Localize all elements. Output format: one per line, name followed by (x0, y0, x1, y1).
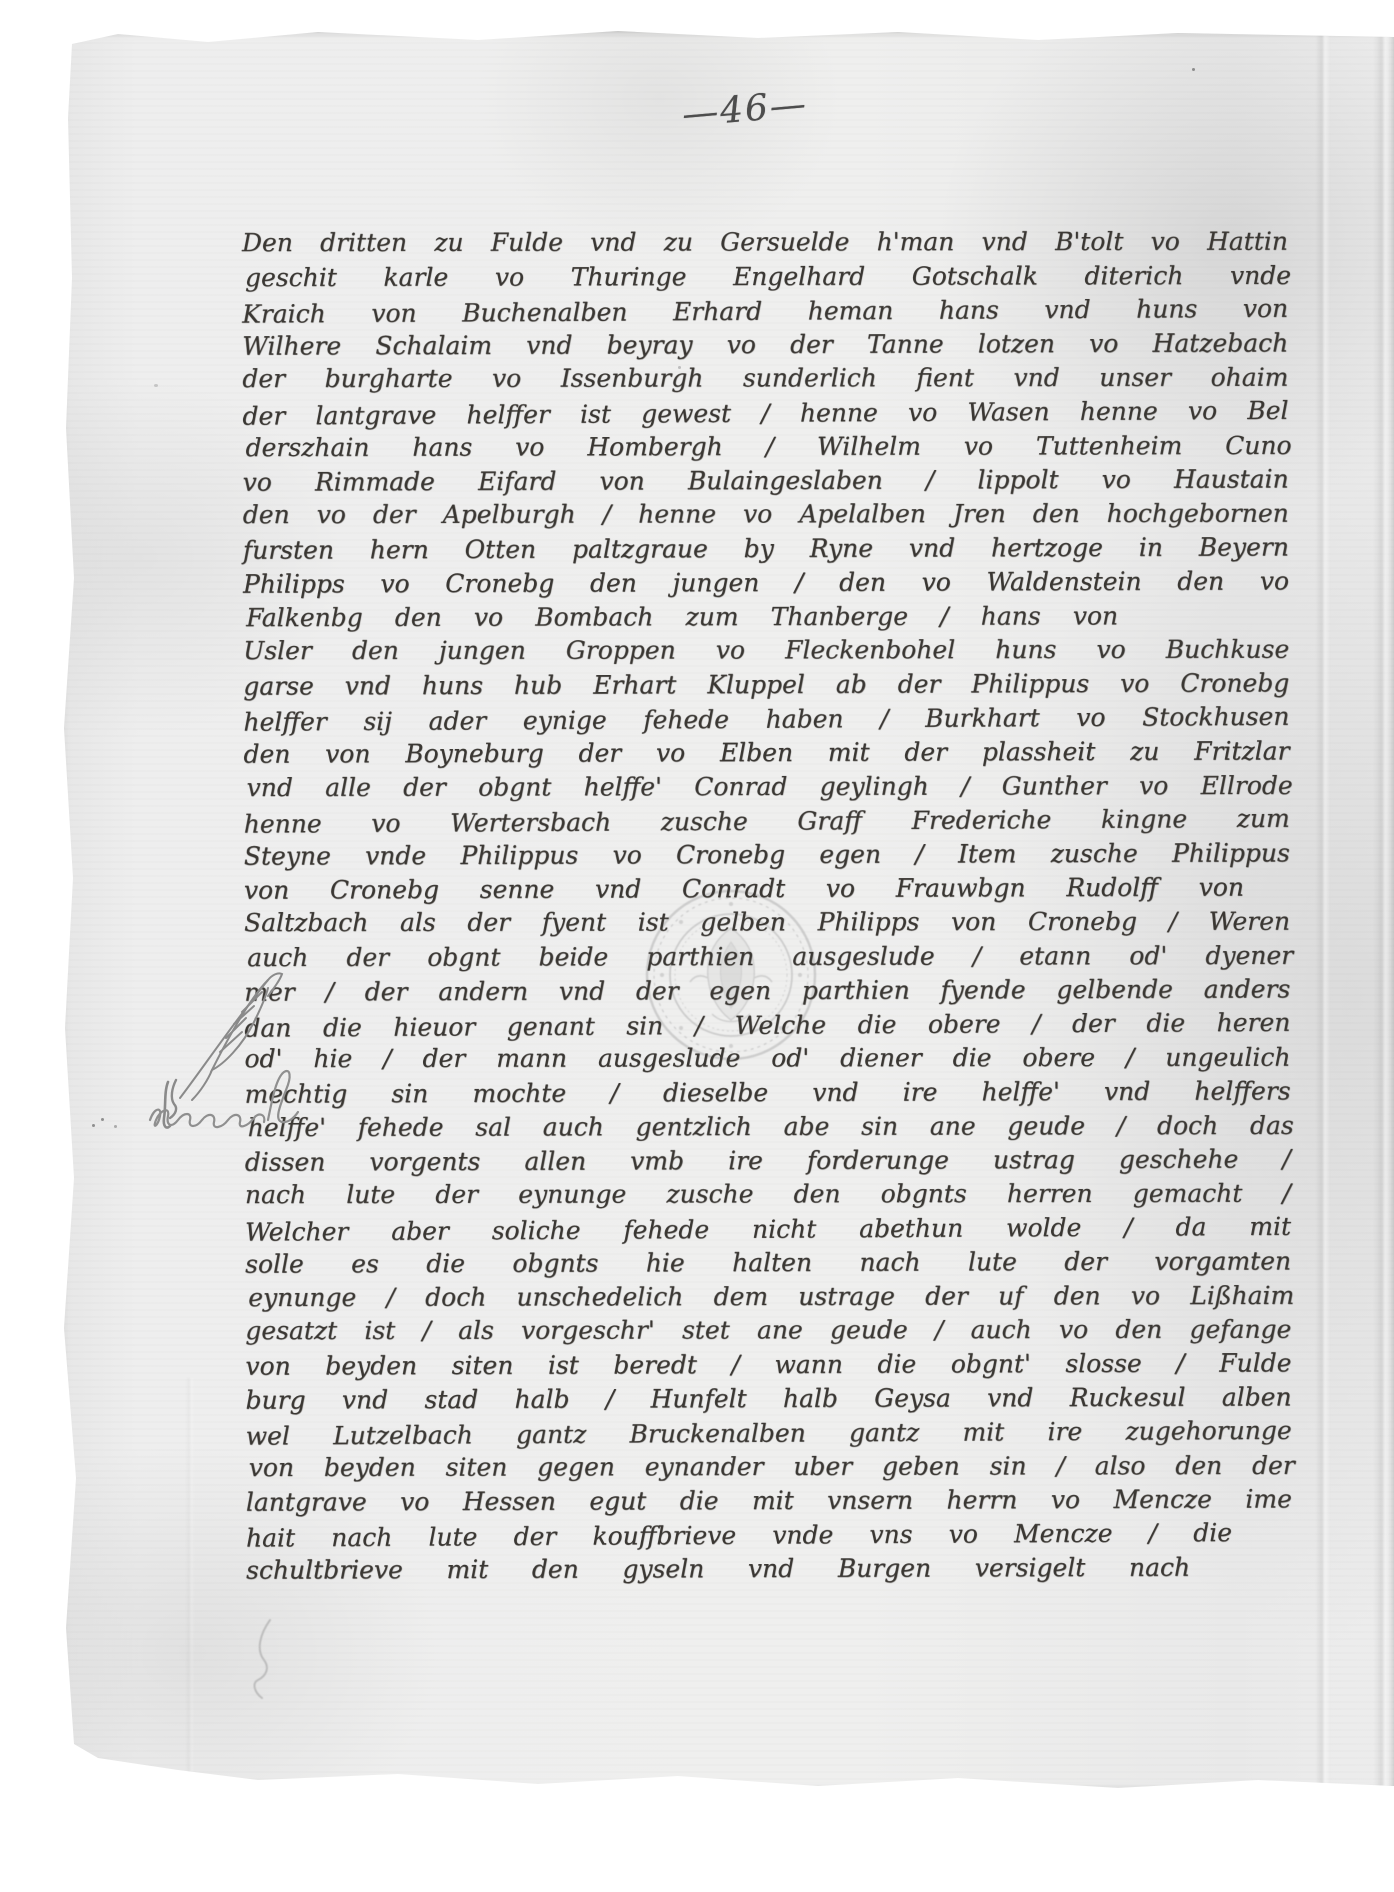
manuscript-line: vnd alle der obgnt helffe' Conrad geylin… (247, 769, 1293, 805)
manuscript-line: den von Boyneburg der vo Elben mit der p… (243, 734, 1289, 771)
manuscript-line: garse vnd huns hub Erhart Kluppel ab der… (243, 666, 1289, 703)
manuscript-line: von beyden siten gegen eynander uber geb… (249, 1449, 1295, 1485)
page-number: —46— (679, 84, 812, 135)
paper-curl-mark (240, 1616, 290, 1706)
manuscript-line: der lantgrave helffer ist gewest / henne… (242, 394, 1288, 434)
manuscript-line: mer / der andern vnd der egen parthien f… (244, 972, 1290, 1009)
fold-crease (1316, 28, 1330, 1794)
manuscript-line: geschit karle vo Thuringe Engelhard Gots… (245, 259, 1291, 295)
manuscript-line: hait nach lute der kouffbrieve vnde vns … (246, 1516, 1232, 1556)
fold-crease (186, 1378, 194, 1798)
manuscript-line: Falkenbg den vo Bombach zum Thanberge / … (246, 599, 1118, 635)
manuscript-text: Den dritten zu Fulde vnd zu Gersuelde h'… (242, 224, 1294, 1587)
manuscript-line: helffer sij ader eynige fehede haben / B… (243, 700, 1289, 740)
manuscript-line: vo Rimmade Eifard von Bulaingeslaben / l… (243, 462, 1289, 499)
manuscript-line: der burgharte vo Issenburgh sunderlich f… (242, 361, 1288, 396)
manuscript-line: gesatzt ist / als vorgeschr' stet ane ge… (245, 1313, 1291, 1348)
manuscript-line: schultbrieve mit den gyseln vnd Burgen v… (246, 1551, 1190, 1588)
manuscript-line: eynunge / doch unschedelich dem ustrage … (248, 1279, 1294, 1315)
manuscript-line: von beyden siten ist beredt / wann die o… (245, 1346, 1291, 1383)
margin-dots (92, 1116, 122, 1130)
fold-crease (1374, 28, 1392, 1794)
paper-speck (154, 384, 158, 387)
manuscript-line: helffe' fehede sal auch gentzlich abe si… (248, 1109, 1294, 1145)
manuscript-line: auch der obgnt beide parthien ausgeslude… (247, 939, 1293, 975)
manuscript-line: Usler den jungen Groppen vo Fleckenbohel… (243, 633, 1289, 668)
manuscript-line: derszhain hans vo Hombergh / Wilhelm vo … (246, 429, 1292, 465)
scan-background: —46— Den dritten zu Fuld (0, 0, 1394, 1892)
manuscript-line: Philipps vo Cronebg den jungen / den vo … (243, 564, 1289, 601)
ink-smudge (330, 1770, 400, 1826)
manuscript-line: Den dritten zu Fulde vnd zu Gersuelde h'… (242, 225, 1288, 260)
manuscript-line: nach lute der eynunge zusche den obgnts … (245, 1177, 1291, 1212)
manuscript-line: lantgrave vo Hessen egut die mit vnsern … (246, 1482, 1292, 1519)
manuscript-line: mechtig sin mochte / dieselbe vnd ire he… (245, 1074, 1291, 1111)
manuscript-line: den vo der Apelburgh / henne vo Apelalbe… (243, 497, 1289, 532)
quill-doodle-icon (142, 960, 312, 1140)
manuscript-page: —46— Den dritten zu Fuld (58, 28, 1394, 1794)
manuscript-line: Saltzbach als der fyent ist gelben Phili… (244, 905, 1290, 940)
manuscript-line: Steyne vnde Philippus vo Cronebg egen / … (244, 836, 1290, 873)
manuscript-line: dan die hieuor genant sin / Welche die o… (244, 1006, 1290, 1046)
paper-speck (1192, 68, 1195, 71)
manuscript-line: solle es die obgnts hie halten nach lute… (245, 1244, 1291, 1281)
manuscript-line: wel Lutzelbach gantz Bruckenalben gantz … (246, 1414, 1292, 1454)
manuscript-line: henne vo Wertersbach zusche Graff Freder… (244, 802, 1290, 842)
manuscript-line: Kraich von Buchenalben Erhard heman hans… (242, 292, 1288, 332)
manuscript-line: od' hie / der mann ausgeslude od' diener… (244, 1041, 1290, 1076)
manuscript-line: Wilhere Schalaim vnd beyray vo der Tanne… (242, 326, 1288, 363)
manuscript-line: dissen vorgents allen vmb ire forderunge… (245, 1142, 1291, 1179)
manuscript-line: fursten hern Otten paltzgraue by Ryne vn… (243, 530, 1289, 567)
manuscript-line: burg vnd stad halb / Hunfelt halb Geysa … (245, 1380, 1291, 1417)
manuscript-line: Welcher aber soliche fehede nicht abethu… (245, 1210, 1291, 1250)
manuscript-line: von Cronebg senne vnd Conradt vo Frauwbg… (244, 871, 1244, 908)
